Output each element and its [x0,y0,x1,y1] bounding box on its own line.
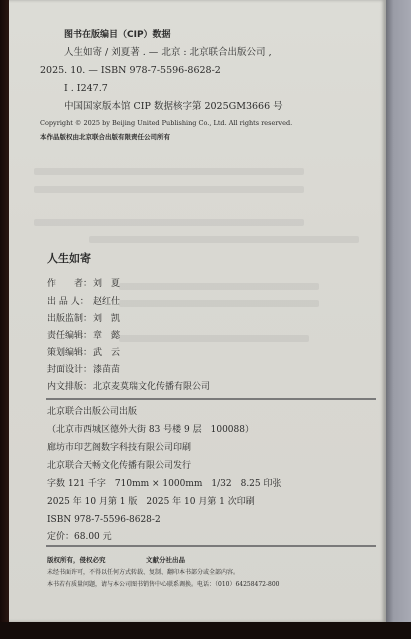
bleed-through-line [119,283,319,290]
imprint: 文献分社出品 [146,556,185,565]
credit-label: 出版监制： [47,313,93,325]
credit-label: 出 品 人： [47,296,93,308]
credit-value: 北京麦莫瑞文化传播有限公司 [93,382,210,392]
credit-typesetting: 内文排版：北京麦莫瑞文化传播有限公司 [47,381,210,393]
cip-line-1: 人生如寄 / 刘夏著 . — 北京 : 北京联合出版公司 , [64,47,272,59]
credit-value: 刘 凯 [93,314,120,324]
credit-label: 内文排版： [47,381,93,393]
credit-label: 策划编辑： [47,347,93,359]
price: 定价：68.00 元 [47,531,112,543]
credit-label: 封面设计： [47,364,93,376]
book-spine-shadow [0,0,9,639]
credit-label: 责任编辑： [47,330,93,342]
bleed-through-line [89,236,359,243]
credit-value: 漆苗苗 [93,365,120,375]
bleed-through-line [34,186,304,193]
page-stack-edge [386,0,411,639]
publisher-address: （北京市西城区德外大街 83 号楼 9 层 100088） [47,424,254,436]
bleed-through-line [34,219,304,226]
copyright-english: Copyright © 2025 by Beijing United Publi… [40,119,292,128]
isbn: ISBN 978-7-5596-8628-2 [47,514,161,526]
credit-author: 作 者：刘 夏 [47,278,120,290]
divider-bottom [46,545,376,547]
credit-supervisor: 出版监制：刘 凯 [47,313,120,325]
reproduction-notice: 未经书面许可，不得以任何方式转载、复制、翻印本书部分或全部内容。 [47,568,239,577]
credit-planning-editor: 策划编辑：武 云 [47,347,120,359]
quality-notice: 本书若有质量问题，请与本公司图书销售中心联系调换。电话：（010）6425847… [47,580,279,589]
bleed-through-line [119,335,309,342]
cip-line-4: 中国国家版本馆 CIP 数据核字第 2025GM3666 号 [64,101,283,113]
credit-cover-design: 封面设计：漆苗苗 [47,364,120,376]
cip-line-3: Ⅰ . I247.7 [64,83,108,95]
edition-info: 2025 年 10 月第 1 版 2025 年 10 月第 1 次印刷 [47,496,255,508]
cip-heading: 图书在版编目（CIP）数据 [64,29,171,41]
credit-editor: 责任编辑：章 懿 [47,330,120,342]
credit-producer: 出 品 人：赵红仕 [47,296,120,308]
copyright-chinese: 本作品版权由北京联合出版有限责任公司所有 [40,133,170,142]
divider-top [46,398,376,400]
copyright-page: 图书在版编目（CIP）数据 人生如寄 / 刘夏著 . — 北京 : 北京联合出版… [9,0,386,622]
credit-value: 刘 夏 [93,279,120,289]
rights-reserved: 版权所有，侵权必究 [47,556,106,565]
cip-line-2: 2025. 10. — ISBN 978-7-5596-8628-2 [40,65,221,77]
credit-value: 赵红仕 [93,297,120,307]
publisher: 北京联合出版公司出版 [47,406,137,418]
bottom-shadow [0,622,411,639]
book-specs: 字数 121 千字 710mm × 1000mm 1/32 8.25 印张 [47,478,282,490]
credit-value: 章 懿 [93,331,120,341]
bleed-through-line [119,300,319,307]
credit-value: 武 云 [93,348,120,358]
credit-label: 作 者： [47,278,93,290]
distributor: 北京联合天畅文化传播有限公司发行 [47,460,191,472]
printer: 廊坊市印艺阁数字科技有限公司印刷 [47,442,191,454]
bleed-through-line [34,168,304,175]
book-title: 人生如寄 [47,253,91,265]
